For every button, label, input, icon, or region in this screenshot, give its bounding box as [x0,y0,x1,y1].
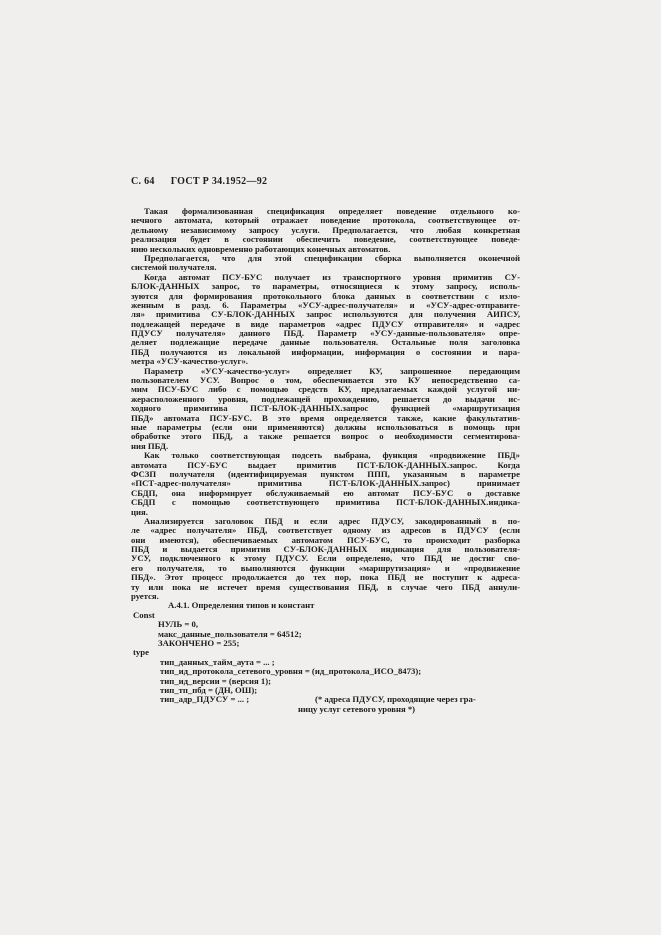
text-line: ния ПБД. [131,442,520,451]
text-line: подлежащей передаче в виде параметров «а… [131,320,520,329]
text-line: ля» примитива СУ-БЛОК-ДАННЫХ запрос испо… [131,310,520,319]
paragraph: Когда автомат ПСУ-БУС получает из трансп… [131,273,520,367]
page-header: С. 64ГОСТ Р 34.1952—92 [131,176,520,188]
text-line: нию нескольких одновременно работающих к… [131,245,520,254]
text-line: Параметр «УСУ-качество-услуг» определяет… [131,367,520,376]
standard-designation: ГОСТ Р 34.1952—92 [171,176,268,187]
text-line: Такая формализованная спецификация опред… [131,207,520,216]
text-line: Как только соответствующая подсеть выбра… [131,451,520,460]
const-line: ЗАКОНЧЕНО = 255; [131,639,520,648]
text-line: пользователем УСУ. Вопрос о том, обеспеч… [131,376,520,385]
text-line: ту или пока не истечет время существован… [131,583,520,592]
text-line: ле «адрес получателя» ПБД, соответствует… [131,526,520,535]
text-line: реализация будет в состоянии обеспечить … [131,235,520,244]
type-definition-row: тип_адр_ПДУСУ = ... ; (* адреса ПДУСУ, п… [131,695,520,704]
const-definitions: НУЛЬ = 0,макс_данные_пользователя = 6451… [131,620,520,648]
text-line: ПБД» автомата ПСУ-БУС. В это время опред… [131,414,520,423]
section-heading: А.4.1. Определения типов и констант [131,601,520,610]
text-line: ходного примитива ПСТ-БЛОК-ДАННЫХ.запрос… [131,404,520,413]
text-line: БЛОК-ДАННЫХ запрос, то параметры, относя… [131,282,520,291]
text-line: системой получателя. [131,263,520,272]
type-line: тип_адр_ПДУСУ = ... ; [160,694,249,704]
text-line: ПДУСУ получателя» данного ПБД. Параметр … [131,329,520,338]
text-line: жерасположенного уровня, подлежащей прох… [131,395,520,404]
page-number: С. 64 [131,176,155,187]
paragraph: Параметр «УСУ-качество-услуг» определяет… [131,367,520,452]
text-line: зуются для формирования протокольного бл… [131,292,520,301]
text-line: деляет подлежащие передаче данные пользо… [131,338,520,347]
text-line: дельному независимому запросу услуги. Пр… [131,226,520,235]
text-line: Анализируется заголовок ПБД и если адрес… [131,517,520,526]
text-line: мим ПСУ-БУС либо с помощью средств КУ, п… [131,385,520,394]
code-comment-line-2: ницу услуг сетевого уровня *) [131,705,520,714]
text-line: они имеются), обеспечиваемых автоматом П… [131,536,520,545]
paragraph: Как только соответствующая подсеть выбра… [131,451,520,517]
text-line: ПБД». Этот процесс продолжается до тех п… [131,573,520,582]
paragraph: Анализируется заголовок ПБД и если адрес… [131,517,520,602]
text-line: женным в разд. 6. Параметры «УСУ-адрес-п… [131,301,520,310]
text-line: ные параметры (если они применяются) дол… [131,423,520,432]
text-line: Предполагается, что для этой спецификаци… [131,254,520,263]
text-line: метра «УСУ-качество-услуг». [131,357,520,366]
text-line: его получателя, то выполняются функции «… [131,564,520,573]
document-page: С. 64ГОСТ Р 34.1952—92 Такая формализова… [131,176,520,714]
text-line: Когда автомат ПСУ-БУС получает из трансп… [131,273,520,282]
text-line: ФСЗП получателя (идентифицируемая пункто… [131,470,520,479]
text-line: СБДП, она информирует обслуживаемый ею а… [131,489,520,498]
paragraph: Такая формализованная спецификация опред… [131,207,520,254]
text-line: нечного автомата, который отражает повед… [131,216,520,225]
text-line: СБДП с помощью соответствующего примитив… [131,498,520,507]
type-definitions: тип_данных_тайм_аута = ... ;тип_ид_прото… [131,658,520,696]
text-line: ция. [131,508,520,517]
text-line: УСУ, подключенного к этому ПДУСУ. Если о… [131,554,520,563]
code-comment-line-1: (* адреса ПДУСУ, проходящие через гра- [315,695,476,704]
text-line: ПБД получаются из локальной информации, … [131,348,520,357]
text-line: автомата ПСУ-БУС выдает примитив ПСТ-БЛО… [131,461,520,470]
paragraph: Предполагается, что для этой спецификаци… [131,254,520,273]
text-line: ПБД и выдается примитив СУ-БЛОК-ДАННЫХ и… [131,545,520,554]
text-line: «ПСТ-адрес-получателя» примитива ПСТ-БЛО… [131,479,520,488]
body-text: Такая формализованная спецификация опред… [131,207,520,601]
text-line: обработке этого ПБД, а также решается во… [131,432,520,441]
